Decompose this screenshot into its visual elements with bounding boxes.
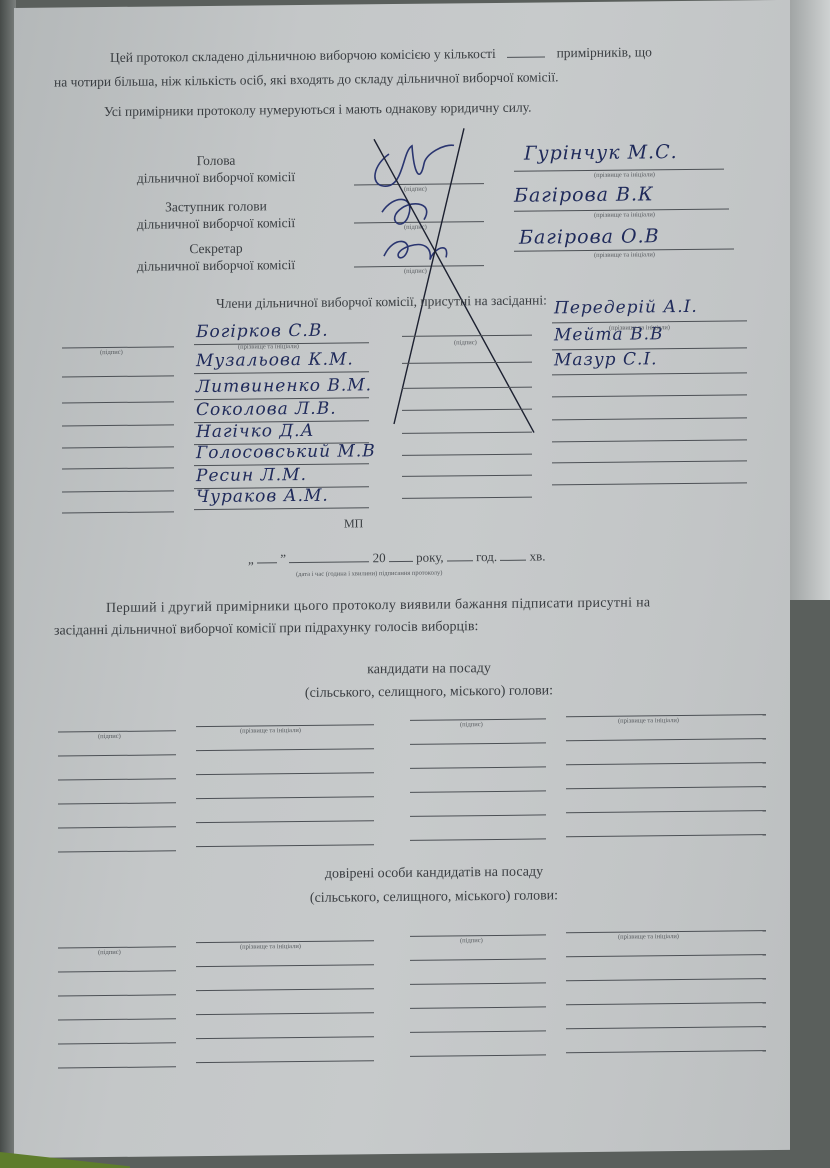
member-name-line [194,371,369,374]
official-secretary-role: Секретар дільничної виборчої комісії [106,239,326,275]
member-name-line [194,507,369,510]
hours-blank [447,560,473,561]
signature-grid-line [410,790,546,792]
signature-grid-line [196,796,374,799]
member-name-line [552,482,747,485]
members-left-name-column [14,0,790,8]
year-blank [389,561,413,562]
member-name-handwritten: Чураков А.М. [196,486,329,507]
signature-caption: (підпис) [98,733,121,740]
signature-grid-line [58,970,176,972]
member-name-line [552,417,747,420]
member-name-line [552,460,747,463]
member-name-line [552,439,747,442]
member-signature-line [62,401,174,403]
quote-close: ” [280,551,286,566]
signature-grid-line [410,982,546,984]
surname-caption: (прізвище та ініціали) [238,343,299,351]
signature-grid-line [58,778,176,780]
signature-grid-line [58,1066,176,1068]
date-line: „ ” 20 року, год. хв. [248,548,546,567]
signature-grid-line [196,1060,374,1063]
member-name-handwritten: Голосовський М.В [196,441,376,463]
member-name-handwritten: Литвиненко В.М. [196,375,372,397]
signature-grid-line [566,1050,766,1053]
member-signature-line [62,490,174,492]
numbering-note: Усі примірники протоколу нумеруються і м… [104,100,531,120]
signature-caption: (підпис) [460,721,483,728]
surname-caption: (прізвище та ініціали) [594,251,655,259]
signature-grid-line [566,762,766,765]
surname-caption: (прізвище та ініціали) [594,211,655,219]
proxies-signature-grid [14,0,790,8]
signature-grid-line [58,1018,176,1020]
signature-grid-line [566,834,766,837]
signature-grid-line [566,738,766,741]
copies-count-blank [507,56,545,57]
surname-caption: (прізвище та ініціали) [594,171,655,179]
datetime-caption: (дата і час (година і хвилини) підписанн… [296,570,442,579]
member-signature-line [62,446,174,448]
member-signature-line [62,375,174,377]
signature-grid-line [196,1012,374,1015]
signature-grid-line [566,810,766,813]
candidates-heading: кандидати на посаду (сільського, селищно… [214,655,644,706]
intro-line-1: Цей протокол складено дільничною виборчо… [110,44,652,66]
signature-grid-line [196,964,374,967]
proxies-heading-line-2: (сільського, селищного, міського) голови… [214,883,654,912]
year-prefix: 20 [373,550,386,565]
signature-grid-line [410,766,546,768]
surname-caption: (прізвище та ініціали) [609,324,670,332]
signature-caption: (підпис) [100,349,123,356]
surname-caption: (прізвище та ініціали) [240,727,301,735]
member-signature-line [402,475,532,477]
year-word: року, [416,550,444,565]
member-signature-line [62,467,174,469]
signature-caption: (підпис) [454,339,477,346]
signature-grid-line [410,1054,546,1056]
member-signature-line [62,424,174,426]
minutes-word: хв. [530,548,546,563]
cross-out-mark [354,122,554,444]
role-subtitle: дільничної виборчої комісії [106,256,326,275]
signature-grid-line [410,742,546,744]
surname-caption: (прізвище та ініціали) [618,933,679,941]
intro-text-before: Цей протокол складено дільничною виборчо… [110,46,496,65]
proxies-heading: довірені особи кандидатів на посаду (сіл… [214,859,654,912]
member-signature-line [62,511,174,513]
role-subtitle: дільничної виборчої комісії [106,168,326,187]
underlying-page [784,0,830,600]
signature-grid-line [410,838,546,840]
surname-caption: (прізвище та ініціали) [618,717,679,725]
signature-grid-line [410,1006,546,1008]
signature-grid-line [196,820,374,823]
member-name-handwritten: Нагічко Д.А [196,421,314,442]
role-subtitle: дільничної виборчої комісії [106,214,326,233]
signature-grid-line [410,1030,546,1032]
member-name-line [552,372,747,375]
signature-grid-line [566,954,766,957]
surname-caption: (прізвище та ініціали) [240,943,301,951]
member-name-handwritten: Мазур С.І. [554,349,658,370]
signature-grid-line [58,850,176,852]
hours-word: год. [476,549,497,564]
members-left-signature-column [14,0,790,8]
protocol-page: Цей протокол складено дільничною виборчо… [14,0,790,1158]
signature-grid-line [58,802,176,804]
signature-grid-line [58,994,176,996]
member-name-handwritten: Передерій А.І. [554,297,698,319]
signature-grid-line [58,754,176,756]
signature-grid-line [566,1002,766,1005]
member-signature-line [402,497,532,499]
member-name-handwritten: Богірков С.В. [196,321,329,342]
members-right-name-column [14,0,790,8]
day-blank [257,562,277,563]
intro-text-after: примірників, що [557,44,652,60]
signature-grid-line [196,772,374,775]
candidates-heading-line-2: (сільського, селищного, міського) голови… [214,678,644,706]
signature-grid-line [196,844,374,847]
signature-grid-line [566,1026,766,1029]
quote-open: „ [248,551,254,566]
signature-caption: (підпис) [460,937,483,944]
signature-grid-line [566,786,766,789]
candidates-signature-grid [14,0,790,8]
signature-grid-line [196,748,374,751]
signature-grid-line [58,1042,176,1044]
month-blank [289,561,369,563]
signature-grid-line [566,978,766,981]
signature-grid-line [410,814,546,816]
member-name-handwritten: Соколова Л.В. [196,399,337,420]
signature-grid-line [58,826,176,828]
intro-line-2: на чотири більша, ніж кількість осіб, як… [54,69,558,90]
official-deputy-role: Заступник голови дільничної виборчої ком… [106,197,326,233]
copies-paragraph-line-1: Перший і другий примірники цього протоко… [106,595,650,617]
minutes-blank [500,560,526,561]
signature-caption: (підпис) [98,949,121,956]
member-signature-line [402,454,532,456]
member-name-handwritten: Музальова К.М. [196,349,354,371]
stamp-label: МП [344,516,363,531]
member-name-line [552,320,747,323]
official-chair-role: Голова дільничної виборчої комісії [106,151,326,187]
members-right-signature-column [14,0,790,8]
signature-grid-line [196,1036,374,1039]
member-name-line [552,394,747,397]
signature-grid-line [410,958,546,960]
member-name-handwritten: Ресин Л.М. [196,465,307,486]
copies-paragraph-line-2: засіданні дільничної виборчої комісії пр… [54,619,478,639]
signature-grid-line [196,988,374,991]
